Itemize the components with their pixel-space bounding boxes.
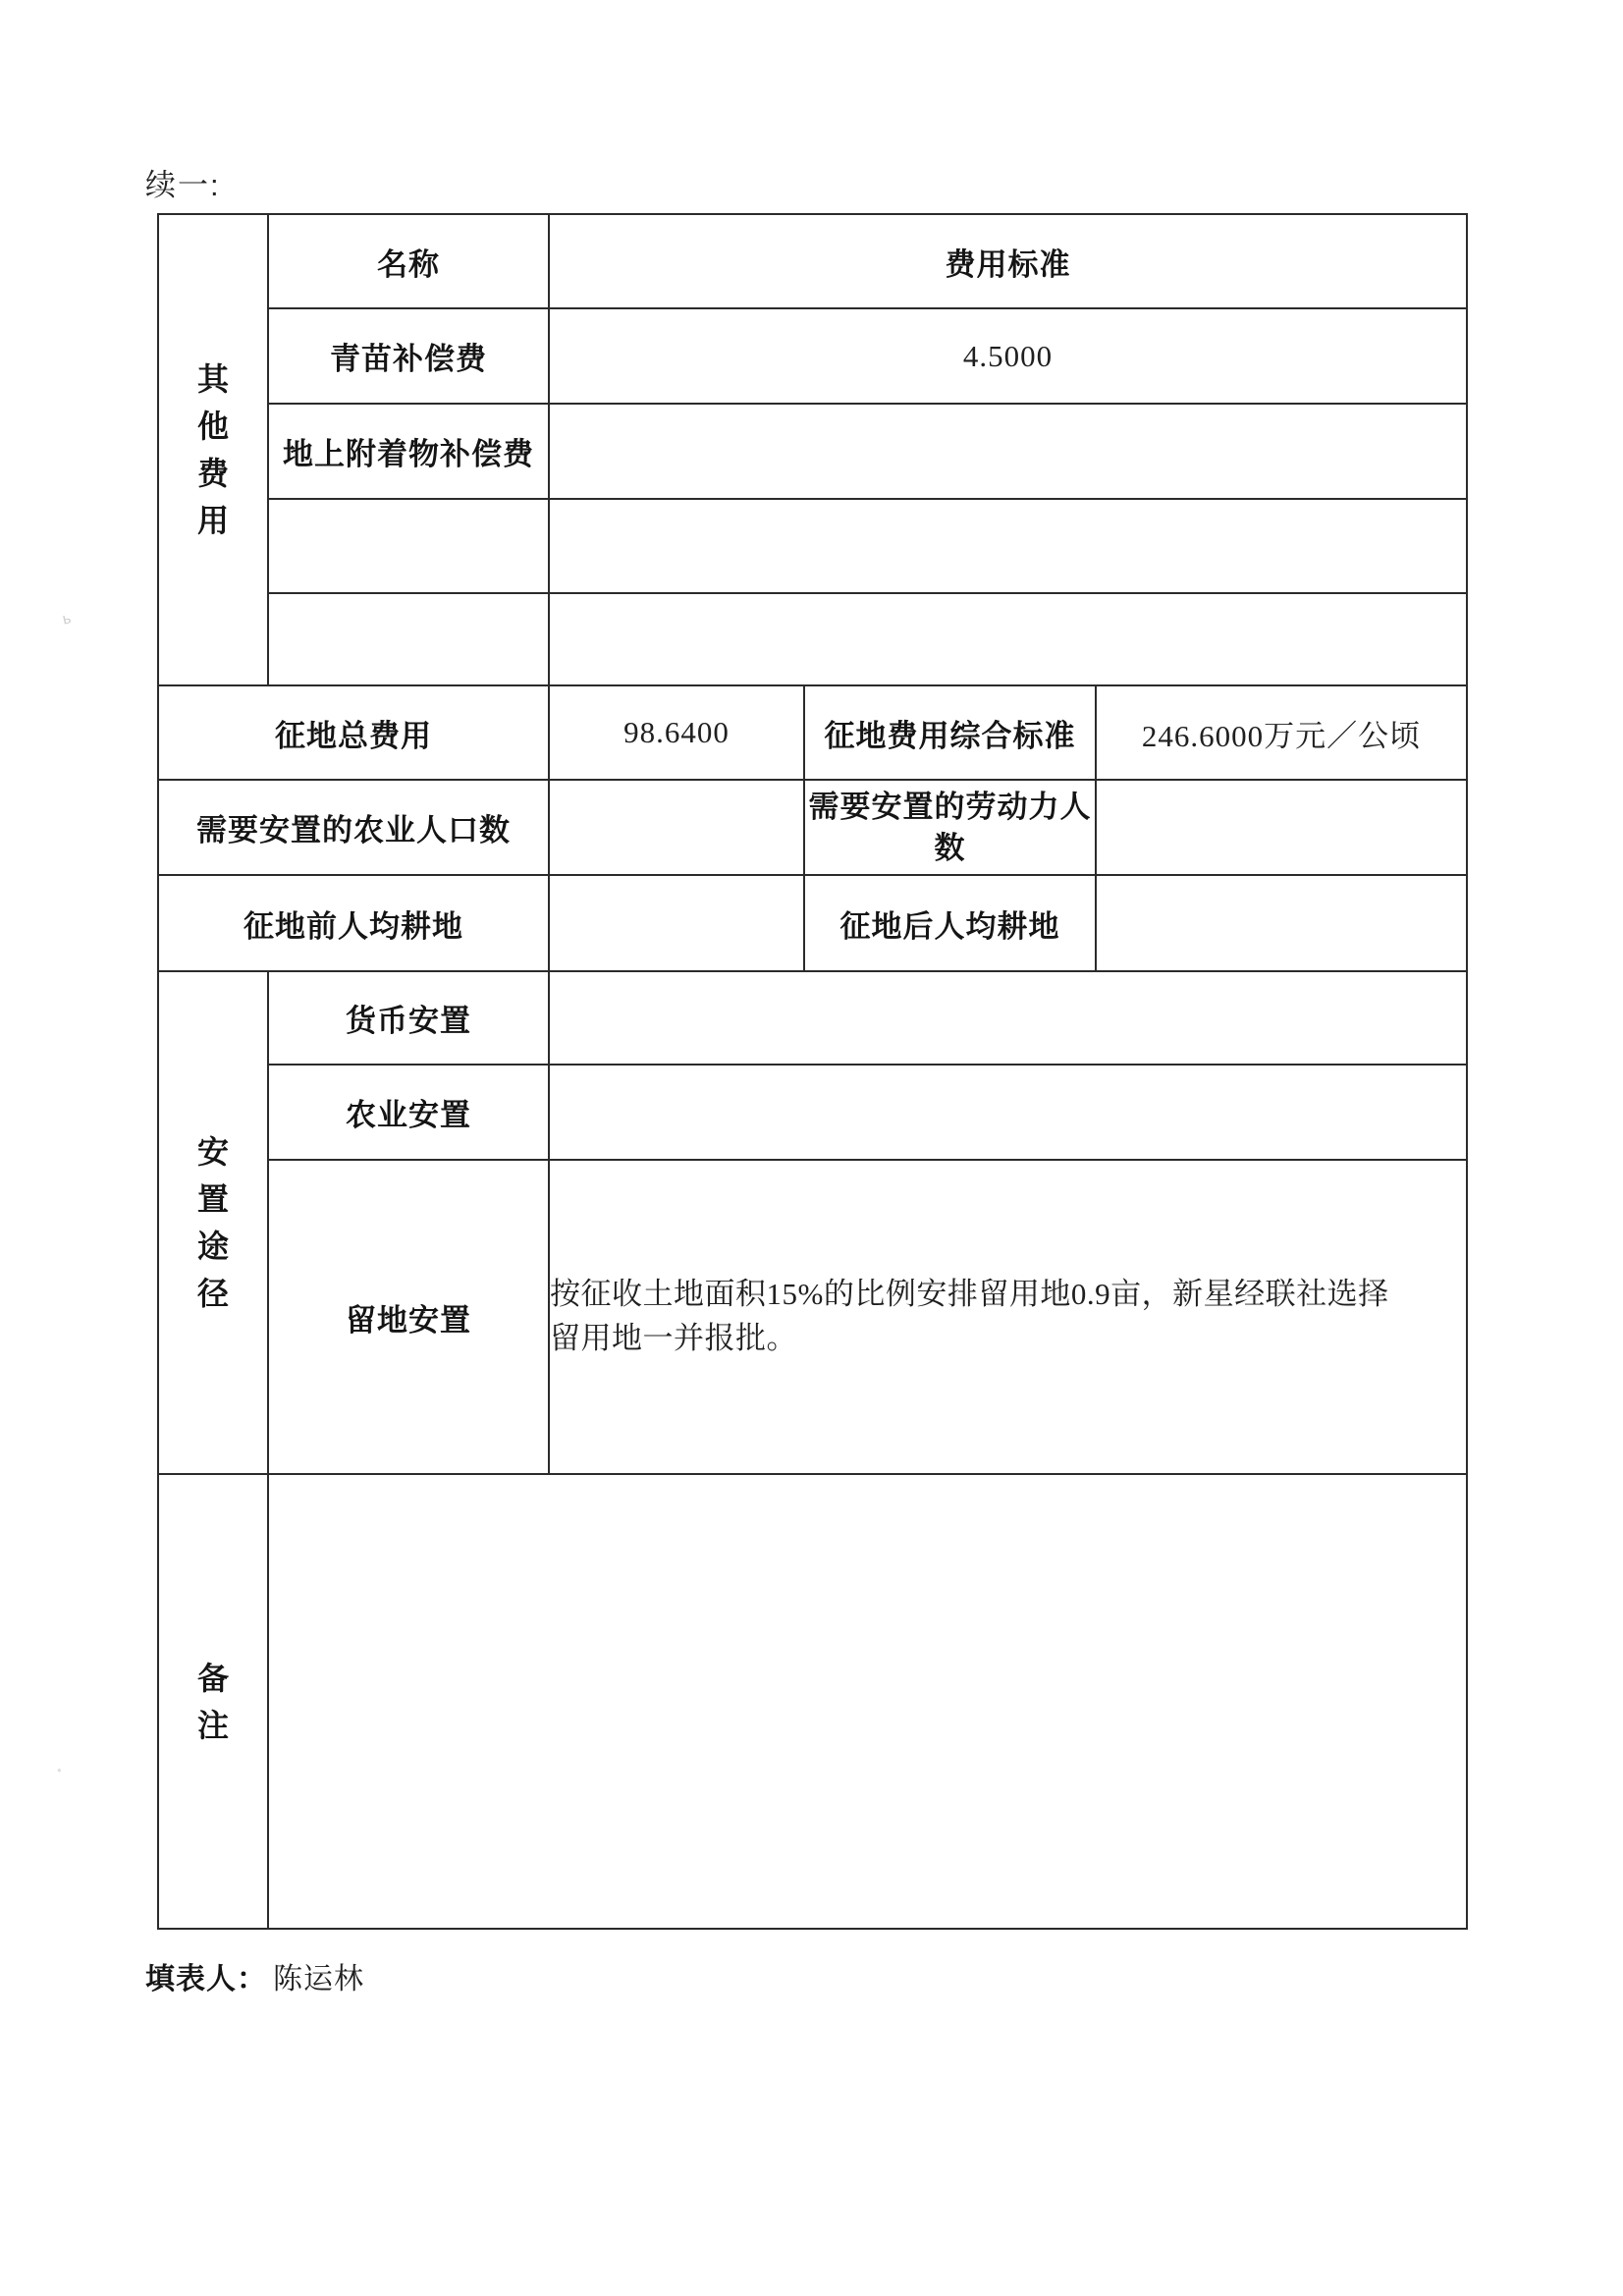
labor-population-label: 需要安置的劳动力人数 bbox=[805, 787, 1095, 869]
cell-labor-population-label: 需要安置的劳动力人数 bbox=[804, 780, 1096, 875]
header-cell-name: 名称 bbox=[268, 214, 549, 308]
cell-per-capita-after-value bbox=[1096, 875, 1467, 971]
agri-population-label: 需要安置的农业人口数 bbox=[196, 813, 511, 847]
cell-agri-population-label: 需要安置的农业人口数 bbox=[158, 780, 549, 875]
crop-compensation-label: 青苗补偿费 bbox=[330, 342, 487, 376]
continuation-label: 续一: bbox=[145, 160, 221, 204]
cell-total-fee-value: 98.6400 bbox=[549, 685, 804, 780]
attachment-compensation-label: 地上附着物补偿费 bbox=[283, 437, 534, 471]
form-footer: 填表人：陈运林 bbox=[145, 1954, 364, 1997]
scan-smudge-mark: ь bbox=[61, 610, 73, 629]
section-label-other-fees: 其他费用 bbox=[195, 355, 230, 544]
cell-monetary-resettlement-content bbox=[549, 971, 1467, 1065]
cell-agricultural-resettlement-content bbox=[549, 1065, 1467, 1160]
composite-standard-label: 征地费用综合标准 bbox=[825, 719, 1076, 753]
filled-by-name: 陈运林 bbox=[273, 1963, 364, 1995]
monetary-resettlement-label: 货币安置 bbox=[346, 1004, 471, 1038]
table-row: 地上附着物补偿费 bbox=[158, 404, 1467, 499]
cell-composite-standard-label: 征地费用综合标准 bbox=[804, 685, 1096, 780]
cell-agricultural-resettlement-label: 农业安置 bbox=[268, 1065, 549, 1160]
section-cell-remarks: 备注 bbox=[158, 1474, 268, 1929]
cell-other-fee-blank-2-value bbox=[549, 593, 1467, 685]
table-row: 征地总费用 98.6400 征地费用综合标准 246.6000万元／公顷 bbox=[158, 685, 1467, 780]
cell-per-capita-after-label: 征地后人均耕地 bbox=[804, 875, 1096, 971]
header-fee-standard-label: 费用标准 bbox=[946, 247, 1071, 282]
total-fee-value: 98.6400 bbox=[623, 715, 730, 749]
cell-other-fee-blank-1-value bbox=[549, 499, 1467, 593]
table-row: 留地安置 按征收土地面积15%的比例安排留用地0.9亩，新星经联社选择 留用地一… bbox=[158, 1160, 1467, 1474]
section-label-remarks: 备注 bbox=[195, 1655, 230, 1749]
table-row: 青苗补偿费 4.5000 bbox=[158, 308, 1467, 404]
cell-per-capita-before-value bbox=[549, 875, 804, 971]
table-row: 征地前人均耕地 征地后人均耕地 bbox=[158, 875, 1467, 971]
crop-compensation-value: 4.5000 bbox=[963, 339, 1053, 373]
table-row: 农业安置 bbox=[158, 1065, 1467, 1160]
cell-crop-compensation-label: 青苗补偿费 bbox=[268, 308, 549, 404]
filled-by-label: 填表人： bbox=[145, 1963, 267, 1995]
cell-attachment-compensation-value bbox=[549, 404, 1467, 499]
table-row: 其他费用 名称 费用标准 bbox=[158, 214, 1467, 308]
land-acquisition-form-table: 其他费用 名称 费用标准 青苗补偿费 4.5000 地上附着物补偿费 bbox=[157, 213, 1468, 1930]
section-cell-resettlement: 安置途径 bbox=[158, 971, 268, 1474]
cell-per-capita-before-label: 征地前人均耕地 bbox=[158, 875, 549, 971]
header-name-label: 名称 bbox=[377, 247, 440, 282]
cell-agri-population-value bbox=[549, 780, 804, 875]
composite-standard-value: 246.6000万元／公顷 bbox=[1142, 719, 1421, 753]
scanned-form-page: 续一: 其他费用 名称 费用标准 青苗补偿费 4.50 bbox=[0, 0, 1623, 2296]
cell-composite-standard-value: 246.6000万元／公顷 bbox=[1096, 685, 1467, 780]
cell-total-fee-label: 征地总费用 bbox=[158, 685, 549, 780]
table-row: 需要安置的农业人口数 需要安置的劳动力人数 bbox=[158, 780, 1467, 875]
per-capita-after-label: 征地后人均耕地 bbox=[840, 909, 1060, 944]
cell-remarks-content bbox=[268, 1474, 1467, 1929]
cell-other-fee-blank-1-label bbox=[268, 499, 549, 593]
cell-other-fee-blank-2-label bbox=[268, 593, 549, 685]
reserved-land-content-line-1: 按征收土地面积15%的比例安排留用地0.9亩，新星经联社选择 bbox=[550, 1273, 1466, 1317]
table-row: 备注 bbox=[158, 1474, 1467, 1929]
cell-monetary-resettlement-label: 货币安置 bbox=[268, 971, 549, 1065]
header-cell-fee-standard: 费用标准 bbox=[549, 214, 1467, 308]
section-cell-other-fees: 其他费用 bbox=[158, 214, 268, 685]
table-row: 安置途径 货币安置 bbox=[158, 971, 1467, 1065]
per-capita-before-label: 征地前人均耕地 bbox=[243, 909, 463, 944]
cell-attachment-compensation-label: 地上附着物补偿费 bbox=[268, 404, 549, 499]
section-label-resettlement: 安置途径 bbox=[195, 1128, 230, 1317]
table-row bbox=[158, 499, 1467, 593]
scan-smudge-mark: • bbox=[55, 1763, 63, 1778]
cell-labor-population-value bbox=[1096, 780, 1467, 875]
agricultural-resettlement-label: 农业安置 bbox=[346, 1098, 471, 1132]
reserved-land-label: 留地安置 bbox=[346, 1303, 471, 1338]
total-fee-label: 征地总费用 bbox=[275, 719, 432, 753]
cell-reserved-land-label: 留地安置 bbox=[268, 1160, 549, 1474]
cell-reserved-land-content: 按征收土地面积15%的比例安排留用地0.9亩，新星经联社选择 留用地一并报批。 bbox=[549, 1160, 1467, 1474]
table-row bbox=[158, 593, 1467, 685]
reserved-land-content-line-2: 留用地一并报批。 bbox=[550, 1317, 1466, 1361]
cell-crop-compensation-value: 4.5000 bbox=[549, 308, 1467, 404]
